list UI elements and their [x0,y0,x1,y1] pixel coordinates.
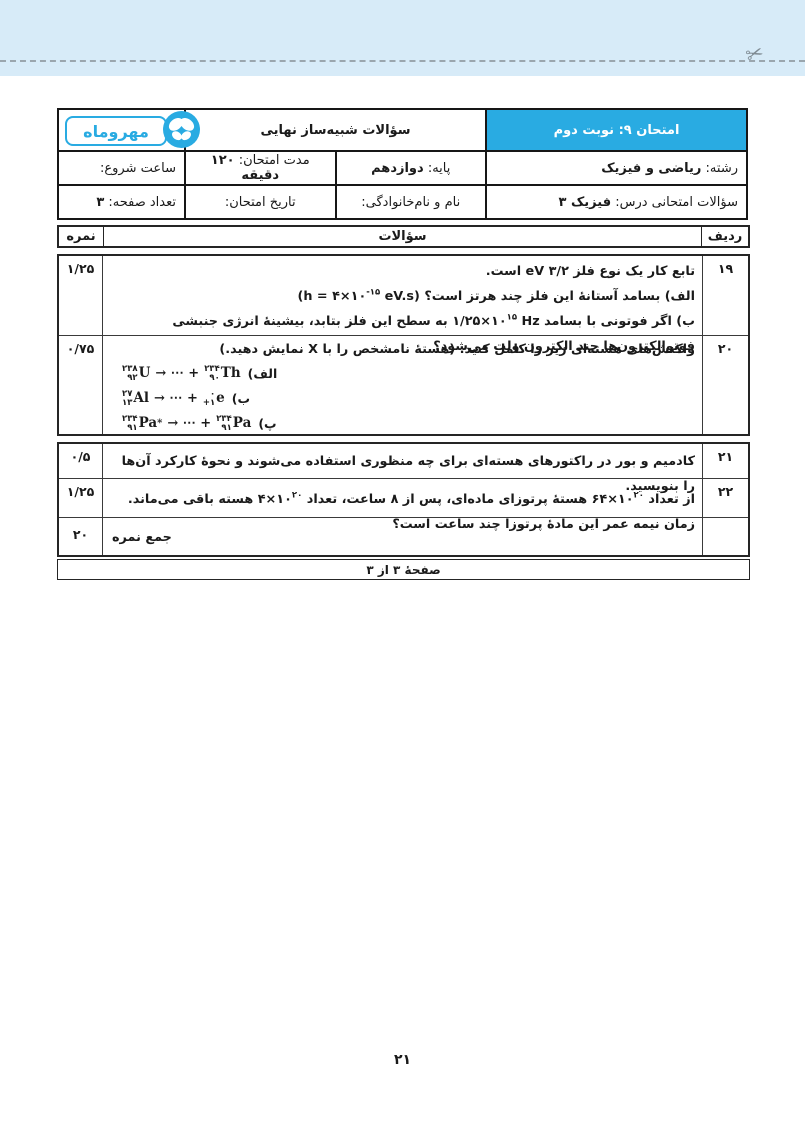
total-row-number-cell [702,518,748,555]
grade-value: دوازدهم [371,161,424,176]
grade-label: پایه: [428,161,451,176]
questions-block-2: ۲۱ کادمیم و بور در راکتورهای هسته‌ای برا… [57,442,750,557]
major-value: ریاضی و فیزیک [601,161,701,176]
question-text: واکنش‌های هسته‌ای زیر را کامل کنید. (هست… [103,336,702,434]
column-header-questions: سؤالات [104,227,701,246]
question-score: ۰/۷۵ [59,336,103,434]
total-score-row: جمع نمره ۲۰ [59,517,748,555]
question-number: ۱۹ [702,256,748,335]
duration-label: مدت امتحان: [239,153,310,168]
butterfly-icon [163,111,200,148]
q19-line2: الف) بسامد آستانهٔ این فلز چند هرتز است؟… [109,284,695,309]
question-number: ۲۲ [702,479,748,517]
logo-wordmark: مهروماه [65,116,167,146]
question-score: ۰/۵ [59,444,103,478]
q22-text-2: هستهٔ پرتوزای ماده‌ای، پس از ۸ ساعت، تعد… [307,492,587,507]
course-label: سؤالات امتحانی درس: [615,195,738,210]
pages-field: تعداد صفحه: ۳ [58,185,185,219]
question-row-19: ۱۹ تابع کار یک نوع فلز ۳/۲ eV است. الف) … [59,256,748,335]
planck-constant-formula: (h = ۴×۱۰-۱۵ eV.s) [298,289,420,304]
duration-field: مدت امتحان: ۱۲۰ دقیقه [185,151,336,185]
page-indicator-row: صفحهٔ ۳ از ۳ [57,559,750,580]
q19-line1: تابع کار یک نوع فلز ۳/۲ eV است. [109,259,695,284]
reaction-formula: ۲۳۴۹۱Pa* → ⋯ + ۲۳۴۹۱Pa [122,411,251,436]
question-number: ۲۱ [702,444,748,478]
question-text: تابع کار یک نوع فلز ۳/۲ eV است. الف) بسا… [103,256,702,335]
question-number: ۲۰ [702,336,748,434]
exam-title: سؤالات شبیه‌ساز نهایی [185,109,486,151]
question-score: ۱/۲۵ [59,256,103,335]
total-score-label: جمع نمره [103,518,702,555]
q19-line3-pre: ب) اگر فوتونی با بسامد [544,314,695,329]
grade-field: پایه: دوازدهم [336,151,487,185]
q19-line2-text: الف) بسامد آستانهٔ این فلز چند هرتز است؟ [424,289,695,304]
exam-header-table: امتحان ۹: نوبت دوم سؤالات شبیه‌ساز نهایی… [57,108,748,220]
initial-nuclei-count: ۶۴×۱۰۲۰ [592,492,644,507]
logo-cell: مهروماه [58,109,185,151]
nuclear-reaction-2: ۲۷۱۳Al → ⋯ + ۰+۱e ب) [109,386,695,411]
q20-intro: واکنش‌های هسته‌ای زیر را کامل کنید. (هست… [109,339,695,361]
start-time-label: ساعت شروع: [100,161,176,176]
reaction-label: ب) [232,386,250,411]
column-header-score: نمره [59,227,104,246]
questions-table: ردیف سؤالات نمره ۱۹ تابع کار یک نوع فلز … [57,225,750,580]
total-score-value: ۲۰ [59,518,103,555]
question-row-21: ۲۱ کادمیم و بور در راکتورهای هسته‌ای برا… [59,444,748,478]
question-row-20: ۲۰ واکنش‌های هسته‌ای زیر را کامل کنید. (… [59,335,748,434]
cut-strip: ✂ [0,0,805,76]
reaction-label: الف) [248,361,278,386]
question-row-22: ۲۲ از تعداد ۶۴×۱۰۲۰ هستهٔ پرتوزای ماده‌ا… [59,478,748,517]
nuclear-reaction-1: ۲۳۸۹۲U → ⋯ + ۲۳۴۹۰Th الف) [109,361,695,386]
name-field: نام و نام‌خانوادگی: [336,185,487,219]
column-header-row: ردیف [701,227,748,246]
nuclear-reaction-3: ۲۳۴۹۱Pa* → ⋯ + ۲۳۴۹۱Pa پ) [109,411,695,436]
exam-date-field: تاریخ امتحان: [185,185,336,219]
reaction-formula: ۲۷۱۳Al → ⋯ + ۰+۱e [122,386,225,411]
page-number: ۲۱ [0,1052,805,1068]
frequency-value: ۱/۲۵×۱۰۱۵ Hz [452,314,539,329]
pages-value: ۳ [96,195,104,210]
course-value: فیزیک ۳ [559,195,612,210]
exam-date-label: تاریخ امتحان: [225,195,296,210]
question-score: ۱/۲۵ [59,479,103,517]
start-time-field: ساعت شروع: [58,151,185,185]
course-field: سؤالات امتحانی درس: فیزیک ۳ [486,185,747,219]
scissors-icon: ✂ [743,42,766,67]
pages-label: تعداد صفحه: [108,195,176,210]
questions-block-1: ۱۹ تابع کار یک نوع فلز ۳/۲ eV است. الف) … [57,254,750,436]
remaining-nuclei-count: ۴×۱۰۲۰ [258,492,303,507]
reaction-formula: ۲۳۸۹۲U → ⋯ + ۲۳۴۹۰Th [122,361,241,386]
question-text: از تعداد ۶۴×۱۰۲۰ هستهٔ پرتوزای ماده‌ای، … [103,479,702,517]
reaction-label: پ) [258,411,276,436]
q22-text-1: از تعداد [648,492,695,507]
cut-dashed-line [0,60,805,62]
questions-table-header: ردیف سؤالات نمره [57,225,750,248]
major-label: رشته: [706,161,738,176]
name-label: نام و نام‌خانوادگی: [361,195,460,210]
exam-badge: امتحان ۹: نوبت دوم [486,109,747,151]
question-text: کادمیم و بور در راکتورهای هسته‌ای برای چ… [103,444,702,478]
major-field: رشته: ریاضی و فیزیک [486,151,747,185]
